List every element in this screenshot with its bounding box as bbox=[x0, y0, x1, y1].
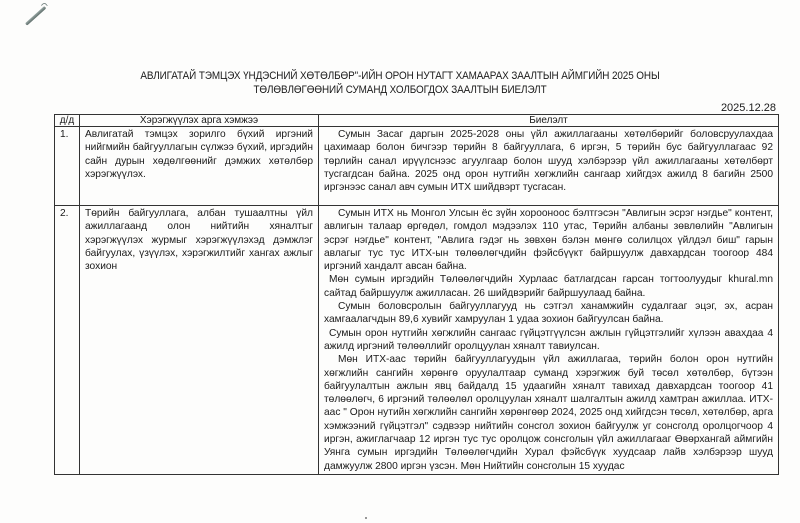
result-paragraph: Мөн ИТХ-аас төрийн байгууллагуудын үйл а… bbox=[324, 353, 773, 473]
header-result: Биелэлт bbox=[319, 115, 779, 127]
header-number: д/д bbox=[55, 115, 80, 127]
scan-speck bbox=[365, 517, 367, 519]
result-paragraph: Сумын орон нутгийн хөгжлийн сангаас гүйц… bbox=[324, 327, 773, 354]
result-paragraph: Сумын Засаг даргын 2025-2028 оны үйл ажи… bbox=[324, 128, 773, 194]
header-measure: Хэрэгжүүлэх арга хэмжээ bbox=[80, 115, 319, 127]
row-number: 2. bbox=[55, 206, 80, 475]
row-number: 1. bbox=[55, 127, 80, 206]
title-line-2: ТӨЛӨВЛӨГӨӨНИЙ СУМАНД ХОЛБОГДОХ ЗААЛТЫН Б… bbox=[40, 83, 760, 97]
table-row: 1. Авлигатай тэмцэх зорилго бүхий иргэни… bbox=[55, 127, 779, 206]
result-paragraph: Мөн сумын иргэдийн Төлөөлөгчдийн Хурлаас… bbox=[324, 273, 773, 300]
document-title: АВЛИГАТАЙ ТЭМЦЭХ ҮНДЭСНИЙ ХӨТӨЛБӨР"-ИЙН … bbox=[40, 69, 760, 97]
row-result: Сумын ИТХ нь Монгол Улсын ёс зүйн хороон… bbox=[319, 206, 779, 475]
row-result: Сумын Засаг даргын 2025-2028 оны үйл ажи… bbox=[319, 127, 779, 206]
table-header-row: д/д Хэрэгжүүлэх арга хэмжээ Биелэлт bbox=[55, 115, 779, 127]
row-measure: Төрийн байгууллага, албан тушаалтны үйл … bbox=[80, 206, 319, 475]
result-paragraph: Сумын ИТХ нь Монгол Улсын ёс зүйн хороон… bbox=[324, 207, 773, 273]
title-line-1: АВЛИГАТАЙ ТЭМЦЭХ ҮНДЭСНИЙ ХӨТӨЛБӨР"-ИЙН … bbox=[40, 69, 760, 83]
row-measure: Авлигатай тэмцэх зорилго бүхий иргэний н… bbox=[80, 127, 319, 206]
table-row: 2. Төрийн байгууллага, албан тушаалтны ү… bbox=[55, 206, 779, 475]
document-date: 2025.12.28 bbox=[721, 102, 776, 114]
result-paragraph: Сумын боловсролын байгууллагууд нь сэтгэ… bbox=[324, 300, 773, 327]
pen-mark-icon bbox=[25, 6, 46, 26]
report-table: д/д Хэрэгжүүлэх арга хэмжээ Биелэлт 1. А… bbox=[54, 114, 779, 475]
